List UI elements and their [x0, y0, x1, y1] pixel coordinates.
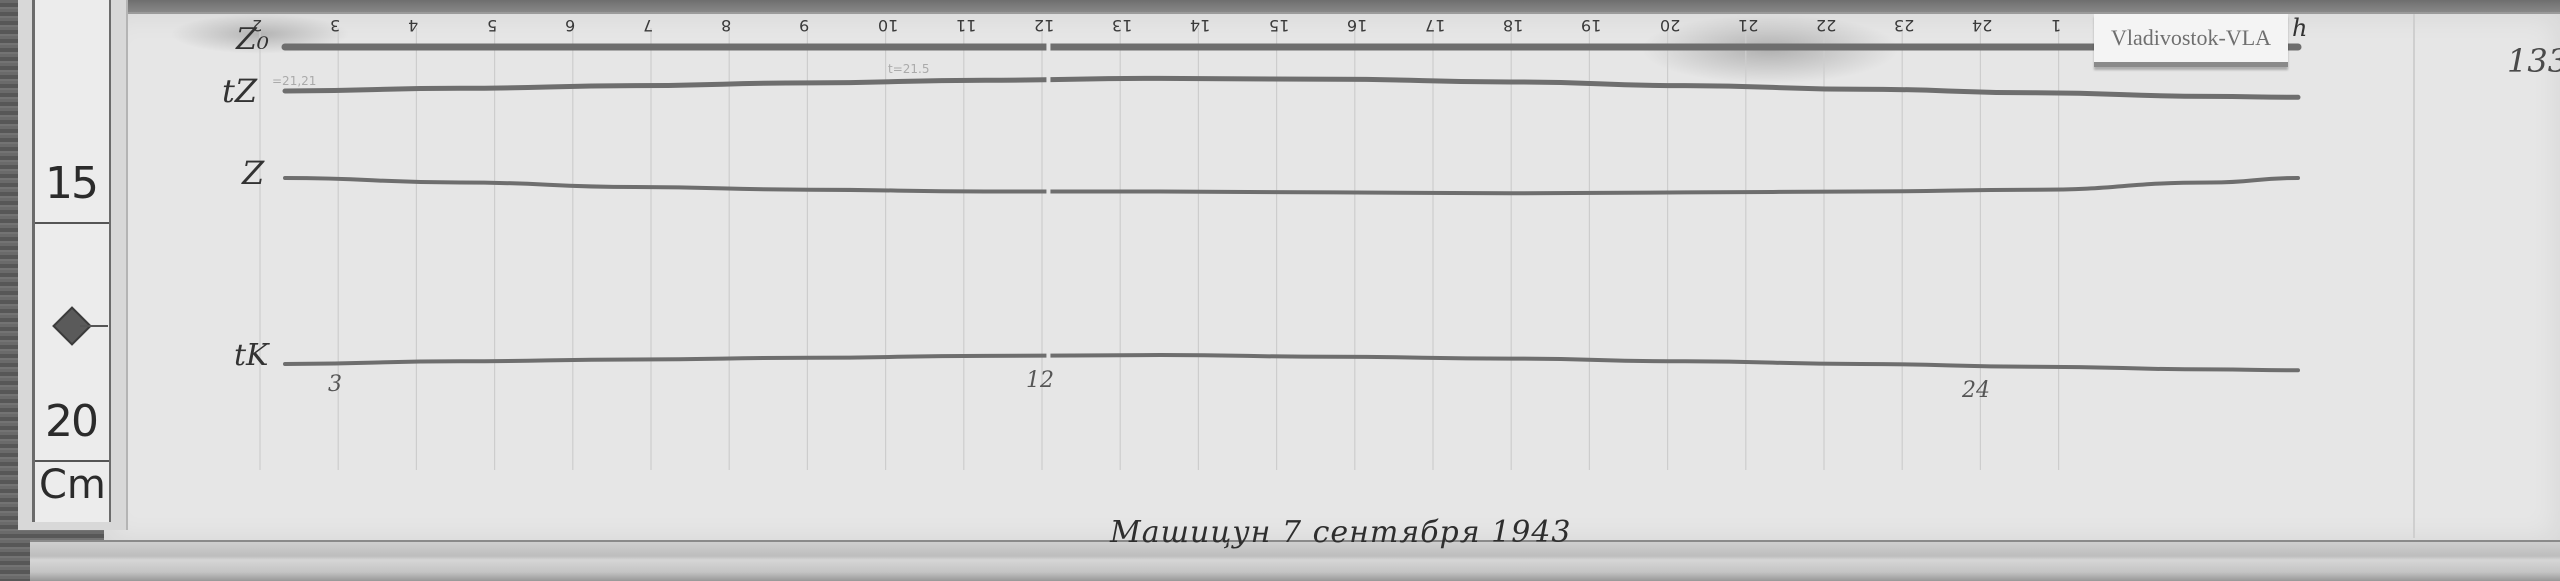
trace-line — [285, 178, 2298, 193]
mid-annotation: t=21.5 — [888, 62, 929, 76]
hour-tick-label: 24 — [1972, 16, 1992, 35]
hour-tick-label: 22 — [1816, 16, 1836, 35]
station-label: Vladivostok-VLA — [2094, 14, 2288, 67]
hour-tick-label: 11 — [956, 16, 976, 35]
hour-tick-label: 6 — [565, 16, 575, 35]
hour-tick-label: 5 — [487, 16, 497, 35]
hour-tick-label: 3 — [330, 16, 340, 35]
hour-tick-label: 19 — [1581, 16, 1601, 35]
trace-label-baseline: Z₀ — [236, 22, 269, 57]
hour-tick-label: 12 — [1034, 16, 1054, 35]
hour-marker-12: 12 — [1026, 368, 1054, 393]
hour-tick-label: 14 — [1190, 16, 1210, 35]
trace-line — [285, 355, 2298, 370]
observer-signature: Машицун 7 сентября 1943 — [1110, 515, 1572, 550]
traces — [285, 25, 2298, 386]
sheet-number: 133 — [2507, 42, 2560, 80]
hour-tick-label: 18 — [1503, 16, 1523, 35]
hour-unit-label: h — [2292, 14, 2307, 42]
hour-tick-label: 20 — [1660, 16, 1680, 35]
trace-label-tz: tZ — [222, 72, 257, 110]
hour-marker-24: 24 — [1962, 378, 1990, 403]
hour-tick-label: 15 — [1269, 16, 1289, 35]
hour-tick-label: 17 — [1425, 16, 1445, 35]
hour-tick-label: 9 — [799, 16, 809, 35]
hour-tick-label: 7 — [643, 16, 653, 35]
hour-tick-label: 4 — [408, 16, 418, 35]
trace-label-z: Z — [242, 154, 264, 192]
hour-tick-label: 21 — [1738, 16, 1758, 35]
hour-tick-label: 16 — [1347, 16, 1367, 35]
hour-tick-label: 23 — [1894, 16, 1914, 35]
trace-line — [285, 78, 2298, 97]
hour-tick-label: 13 — [1112, 16, 1132, 35]
hour-tick-label: 10 — [878, 16, 898, 35]
trace-plot — [0, 0, 2560, 581]
hour-marker-3: 3 — [328, 372, 342, 397]
trace-label-tk: tK — [234, 338, 268, 373]
hour-tick-label: 8 — [721, 16, 731, 35]
hour-grid — [260, 28, 2059, 470]
hour-tick-label: 1 — [2051, 16, 2061, 35]
tz-annotation: =21,21 — [272, 74, 316, 88]
